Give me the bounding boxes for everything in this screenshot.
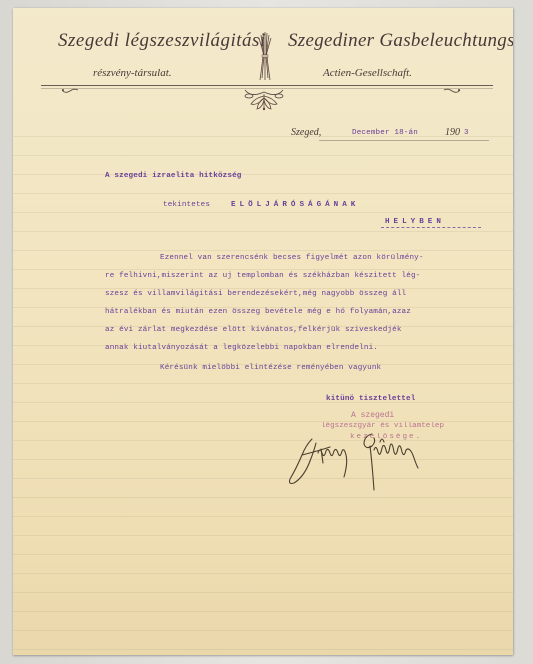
body-line-3: szesz és villamvilágitási berendezésekér… — [105, 290, 406, 298]
year-printed: 190 — [445, 127, 460, 138]
stamp-line-1: A szegedi — [351, 411, 394, 420]
recipient-title: ELÖLJÁRÓSÁGÁNAK — [231, 201, 359, 209]
place-label: Szeged, — [291, 127, 321, 138]
recipient-location: HELYBEN — [385, 218, 445, 226]
signature-2-icon — [358, 428, 428, 498]
letterhead-hungarian-subtitle: részvény-társulat. — [93, 67, 172, 79]
closing-salutation: kitünö tisztelettel — [326, 395, 415, 403]
wheat-sheaf-icon — [258, 30, 272, 82]
body-line-1: Ezennel van szerencsénk becses figyelmét… — [160, 254, 424, 262]
recipient-prefix: tekintetes — [163, 201, 210, 209]
letterhead-german-name: Szegediner Gasbeleuchtungs- — [288, 30, 513, 52]
letter-page: Szegedi légszeszvilágitási részvény-társ… — [13, 8, 513, 655]
body-line-6: annak kiutalványozását a legközelebbi na… — [105, 344, 378, 352]
closing-request: Kérésünk mielöbbi elintézése reményében … — [160, 364, 381, 372]
palmette-icon — [243, 88, 285, 112]
dateline-rule — [319, 140, 489, 141]
letterhead-hungarian-name: Szegedi légszeszvilágitási — [58, 30, 266, 52]
body-line-5: az évi zárlat megkezdése elött kivánatos… — [105, 326, 402, 334]
recipient-line-1: A szegedi izraelita hitközség — [105, 172, 242, 180]
flourish-left-icon — [61, 87, 79, 95]
flourish-right-icon — [443, 87, 461, 95]
underline-dashes — [381, 227, 481, 228]
body-line-4: hátralékban és miután ezen összeg bevéte… — [105, 308, 411, 316]
year-typed: 3 — [464, 129, 469, 137]
letterhead-german-subtitle: Actien-Gesellschaft. — [323, 67, 412, 79]
letterhead-rule — [41, 85, 493, 86]
body-line-2: re felhivni,miszerint az uj templomban é… — [105, 272, 420, 280]
ruled-lines — [13, 118, 513, 655]
date-text: December 18-án — [352, 129, 418, 137]
